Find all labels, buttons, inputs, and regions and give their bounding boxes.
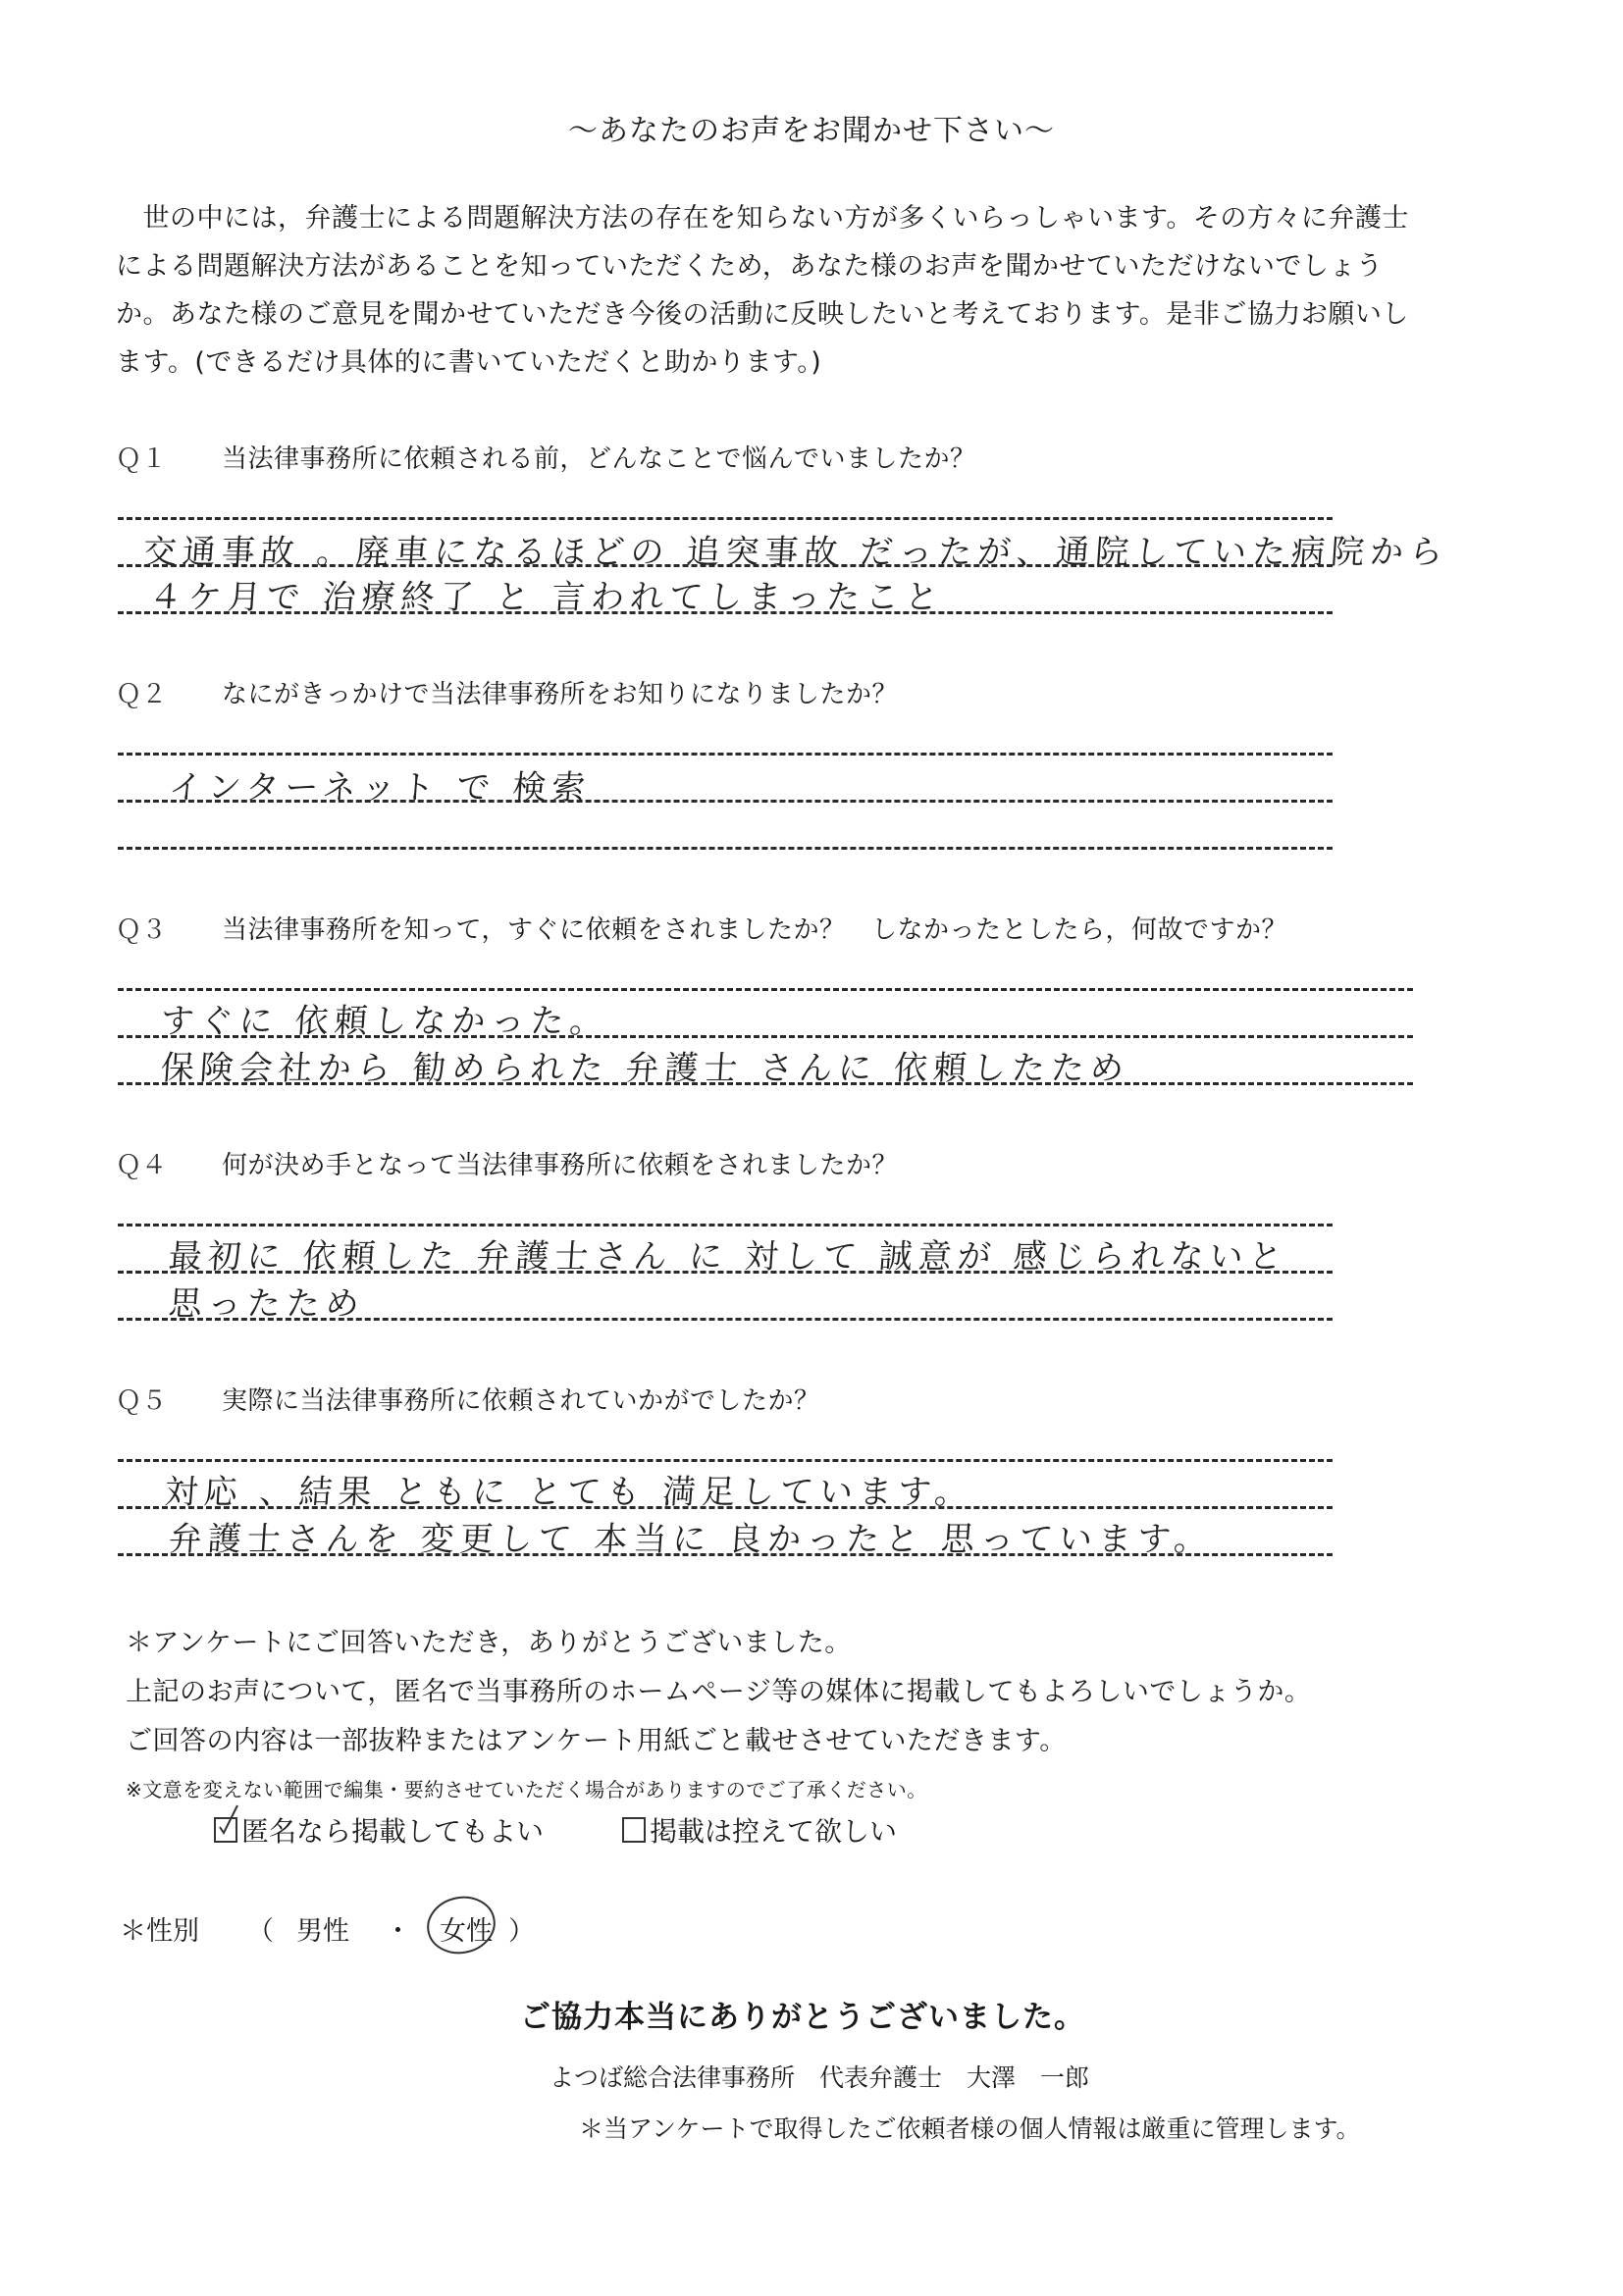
question-text: 当法律事務所を知って，すぐに依頼をされましたか？ しなかったとしたら，何故ですか…: [222, 910, 1287, 946]
question-number: Ｑ２: [116, 674, 222, 710]
intro-paragraph: 世の中には，弁護士による問題解決方法の存在を知らない方が多くいらっしゃいます。そ…: [116, 194, 1529, 387]
question-text: 当法律事務所に依頼される前，どんなことで悩んでいましたか？: [222, 439, 976, 475]
answer-line: [118, 753, 1333, 756]
handwritten-answer: 弁護士さんを 変更して 本当に 良かったと 思っています。: [167, 1512, 1215, 1560]
answer-area[interactable]: インターネット で 検索: [118, 711, 1333, 859]
answer-line: [118, 1224, 1333, 1226]
intro-line: ます。(できるだけ具体的に書いていただくと助かります。): [116, 339, 1529, 387]
consent-option-label: 掲載は控えて欲しい: [650, 1810, 897, 1850]
answer-area[interactable]: 対応 、結果 ともに とても 満足しています。 弁護士さんを 変更して 本当に …: [118, 1418, 1333, 1565]
consent-option-anonymous[interactable]: 匿名なら掲載してもよい: [214, 1810, 544, 1850]
question-text: なにがきっかけで当法律事務所をお知りになりましたか？: [222, 674, 898, 710]
handwritten-answer: ４ケ月で 治療終了 と 言われてしまったこと: [147, 570, 946, 618]
intro-line: か。あなた様のご意見を聞かせていただき今後の活動に反映したいと考えております。是…: [116, 290, 1529, 339]
handwritten-answer: 最初に 依頼した 弁護士さん に 対して 誠意が 感じられないと: [167, 1229, 1289, 1278]
answer-area[interactable]: 最初に 依頼した 弁護士さん に 対して 誠意が 感じられないと 思ったため: [118, 1182, 1333, 1330]
checkbox-unchecked[interactable]: [622, 1817, 646, 1843]
question-4: Ｑ４ 何が決め手となって当法律事務所に依頼をされましたか？ 最初に 依頼した 弁…: [116, 1143, 1333, 1330]
intro-line: による問題解決方法があることを知っていただくため，あなた様のお声を聞かせていただ…: [116, 242, 1529, 290]
question-number: Ｑ４: [116, 1145, 222, 1181]
office-signature: よつば総合法律事務所 代表弁護士 大澤 一郎: [550, 2059, 1089, 2094]
gender-option-female-selected[interactable]: 女性: [434, 1907, 498, 1950]
answer-line: [118, 517, 1333, 520]
publish-question: 上記のお声について，匿名で当事務所のホームページ等の媒体に掲載してもよろしいでし…: [126, 1670, 1311, 1708]
handwritten-answer: 交通事故 。廃車になるほどの 追突事故 だったが、通院していた病院から: [141, 525, 1450, 573]
consent-option-decline[interactable]: 掲載は控えて欲しい: [622, 1810, 897, 1850]
question-text: 実際に当法律事務所に依頼されていかがでしたか？: [222, 1381, 820, 1417]
consent-options: 匿名なら掲載してもよい 掲載は控えて欲しい: [214, 1810, 897, 1850]
answer-line: [118, 988, 1413, 991]
handwritten-answer: すぐに 依頼しなかった。: [159, 994, 610, 1042]
checkbox-checked[interactable]: [214, 1817, 237, 1843]
answer-line: [118, 1459, 1333, 1462]
question-text: 何が決め手となって当法律事務所に依頼をされましたか？: [222, 1145, 898, 1181]
closing-message: ご協力本当にありがとうございました。: [520, 1992, 1085, 2036]
gender-label: ＊性別: [120, 1909, 247, 1948]
question-2: Ｑ２ なにがきっかけで当法律事務所をお知りになりましたか？ インターネット で …: [116, 672, 1333, 859]
gender-option-male[interactable]: 男性: [296, 1909, 385, 1948]
check-icon: [218, 1803, 239, 1837]
page-title: ～あなたのお声をお聞かせ下さい～: [0, 106, 1623, 149]
publish-note: ご回答の内容は一部抜粋またはアンケート用紙ごと載せさせていただきます。: [126, 1719, 1067, 1757]
answer-line: [118, 847, 1333, 850]
privacy-note: ＊当アンケートで取得したご依頼者様の個人情報は厳重に管理します。: [579, 2110, 1361, 2145]
question-number: Ｑ５: [116, 1381, 222, 1417]
question-3: Ｑ３ 当法律事務所を知って，すぐに依頼をされましたか？ しなかったとしたら，何故…: [116, 908, 1421, 1094]
intro-line: 世の中には，弁護士による問題解決方法の存在を知らない方が多くいらっしゃいます。そ…: [116, 194, 1529, 242]
question-number: Ｑ３: [116, 910, 222, 946]
consent-option-label: 匿名なら掲載してもよい: [241, 1810, 544, 1850]
answer-area[interactable]: 交通事故 。廃車になるほどの 追突事故 だったが、通院していた病院から ４ケ月で…: [118, 476, 1333, 623]
handwritten-answer: 思ったため: [167, 1277, 366, 1325]
handwritten-answer: インターネット で 検索: [167, 760, 593, 809]
thanks-line: ＊アンケートにご回答いただき，ありがとうございました。: [126, 1621, 852, 1659]
question-1: Ｑ１ 当法律事務所に依頼される前，どんなことで悩んでいましたか？ 交通事故 。廃…: [116, 437, 1333, 623]
handwritten-answer: 保険会社から 勧められた 弁護士 さんに 依頼したため: [159, 1041, 1131, 1089]
gender-paren-close: ）: [508, 1909, 535, 1948]
edit-note: ※文意を変えない範囲で編集・要約させていただく場合がありますのでご了承ください。: [126, 1774, 927, 1802]
handwritten-answer: 対応 、結果 ともに とても 満足しています。: [163, 1465, 975, 1513]
question-number: Ｑ１: [116, 439, 222, 475]
answer-area[interactable]: すぐに 依頼しなかった。 保険会社から 勧められた 弁護士 さんに 依頼したため: [118, 947, 1413, 1094]
question-5: Ｑ５ 実際に当法律事務所に依頼されていかがでしたか？ 対応 、結果 ともに とて…: [116, 1379, 1333, 1565]
gender-paren-open: （: [247, 1909, 296, 1948]
circle-mark-icon: [420, 1890, 504, 1958]
gender-field: ＊性別 （ 男性 ・ 女性 ）: [120, 1907, 535, 1950]
